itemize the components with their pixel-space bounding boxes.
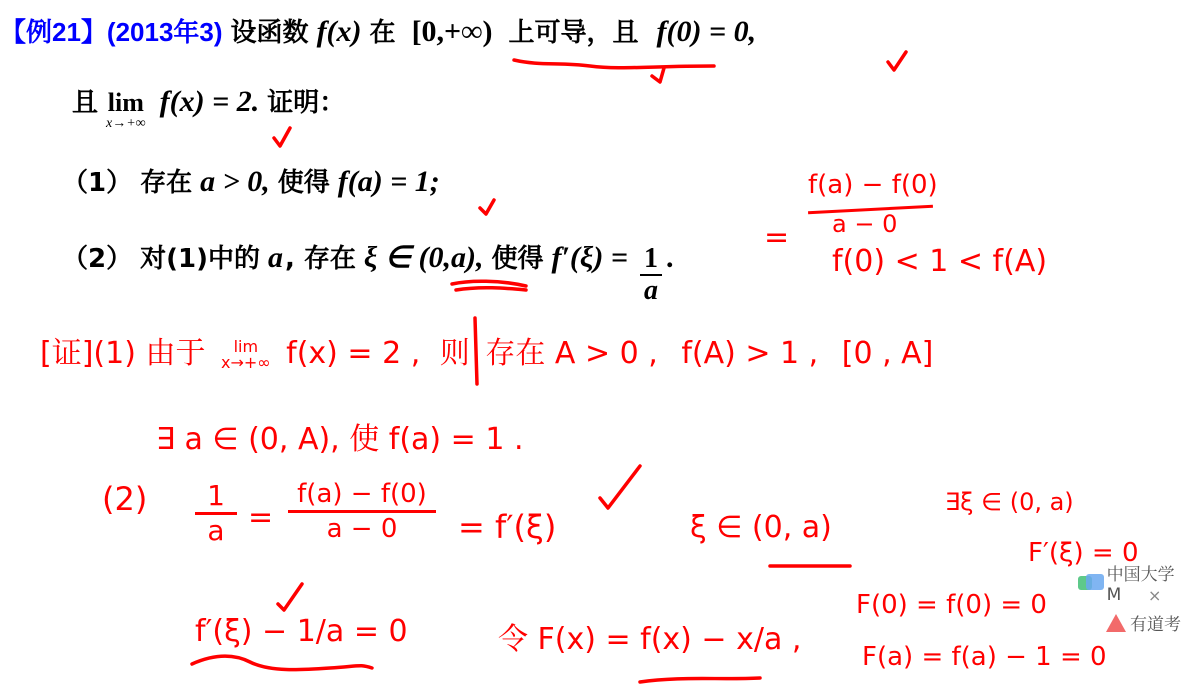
hw-part-2-label: (2) bbox=[102, 480, 147, 518]
math-condition: a > 0, bbox=[200, 162, 270, 202]
hw-side-inequality: f(0) < 1 < f(A) bbox=[832, 244, 1047, 279]
part-label: （1） bbox=[62, 163, 132, 203]
hw-F-at-0: F(0) = f(0) = 0 bbox=[856, 590, 1047, 620]
problem-line-2: 且 lim x→+∞ f(x) = 2. 证明： bbox=[72, 82, 345, 131]
hw-F-at-a: F(a) = f(a) − 1 = 0 bbox=[862, 642, 1107, 672]
hw-side-numerator: f(a) − f(0) bbox=[808, 170, 938, 200]
fraction-1-over-a: 1 a bbox=[640, 244, 662, 306]
math-limit-expr: f(x) = 2. bbox=[160, 82, 260, 122]
exam-source: (2013年3) bbox=[107, 12, 223, 52]
text: 设函数 bbox=[231, 13, 309, 53]
example-tag: 【例21】 bbox=[0, 12, 107, 52]
hw-difference-quotient: f(a) − f(0) a − 0 bbox=[288, 478, 436, 545]
text: 且 bbox=[72, 83, 98, 123]
check-mark-icon bbox=[278, 584, 302, 610]
part-1-statement: （1） 存在 a > 0, 使得 f(a) = 1; bbox=[62, 162, 440, 203]
underline-F-definition bbox=[640, 678, 760, 682]
math-condition: f(0) = 0, bbox=[657, 12, 757, 52]
text: 对(1)中的 bbox=[140, 239, 260, 279]
part-label: （2） bbox=[62, 239, 132, 279]
hw-derived-equation: f′(ξ) − 1/a = 0 bbox=[195, 614, 408, 649]
watermark-line-1: 中国大学M bbox=[1107, 560, 1185, 605]
math-condition: ξ ∈ (0,a), bbox=[364, 238, 484, 278]
text: , 存在 bbox=[285, 239, 356, 279]
math-fx: f(x) bbox=[317, 12, 362, 52]
part-2-statement: （2） 对(1)中的 a , 存在 ξ ∈ (0,a), 使得 f′(ξ) = … bbox=[62, 238, 673, 306]
watermark: 中国大学M × 有道考 bbox=[1078, 560, 1185, 640]
text: 使得 bbox=[278, 163, 330, 203]
mooc-logo-icon bbox=[1078, 572, 1103, 594]
text: 证明： bbox=[267, 83, 345, 123]
check-mark-icon bbox=[480, 200, 494, 214]
cross-icon: × bbox=[1148, 586, 1161, 605]
hw-fraction-1-over-a: 1 a bbox=[195, 480, 237, 547]
check-mark-icon bbox=[600, 466, 640, 508]
hw-proof-line-1: [证](1) 由于 lim x→+∞ f(x) = 2 , 则 存在 A > 0… bbox=[40, 328, 933, 372]
problem-line-1: 【例21】 (2013年3) 设函数 f(x) 在 [0,+∞) 上可导，且 f… bbox=[0, 12, 756, 53]
underline-derived-eq bbox=[192, 656, 372, 670]
math-var: a bbox=[268, 238, 283, 278]
math-expr: f(a) = 1; bbox=[338, 162, 440, 202]
hw-exists-xi: ∃ξ ∈ (0, a) bbox=[945, 488, 1074, 516]
limit-operator: lim x→+∞ bbox=[106, 89, 146, 131]
hw-let-F: 令 F(x) = f(x) − x/a , bbox=[498, 614, 801, 658]
hw-xi-interval: ξ ∈ (0, a) bbox=[690, 510, 832, 545]
youdao-logo-icon bbox=[1106, 614, 1126, 632]
hw-side-equals: = bbox=[764, 220, 789, 255]
text: 上可导，且 bbox=[509, 13, 639, 53]
text: 存在 bbox=[140, 163, 192, 203]
hw-proof-line-2: ∃ a ∈ (0, A), 使 f(a) = 1 . bbox=[156, 414, 524, 458]
text: 在 bbox=[370, 13, 396, 53]
math-interval: [0,+∞) bbox=[412, 12, 493, 52]
watermark-line-2: 有道考 bbox=[1130, 610, 1181, 635]
check-mark-icon bbox=[652, 68, 664, 82]
hw-equals-fprime: = f′(ξ) bbox=[458, 508, 556, 546]
check-mark-icon bbox=[888, 52, 906, 70]
hw-side-denominator: a − 0 bbox=[832, 210, 897, 238]
text: 使得 bbox=[491, 239, 543, 279]
math-expr: f′(ξ) = bbox=[552, 238, 628, 278]
underline-interval bbox=[514, 60, 714, 68]
